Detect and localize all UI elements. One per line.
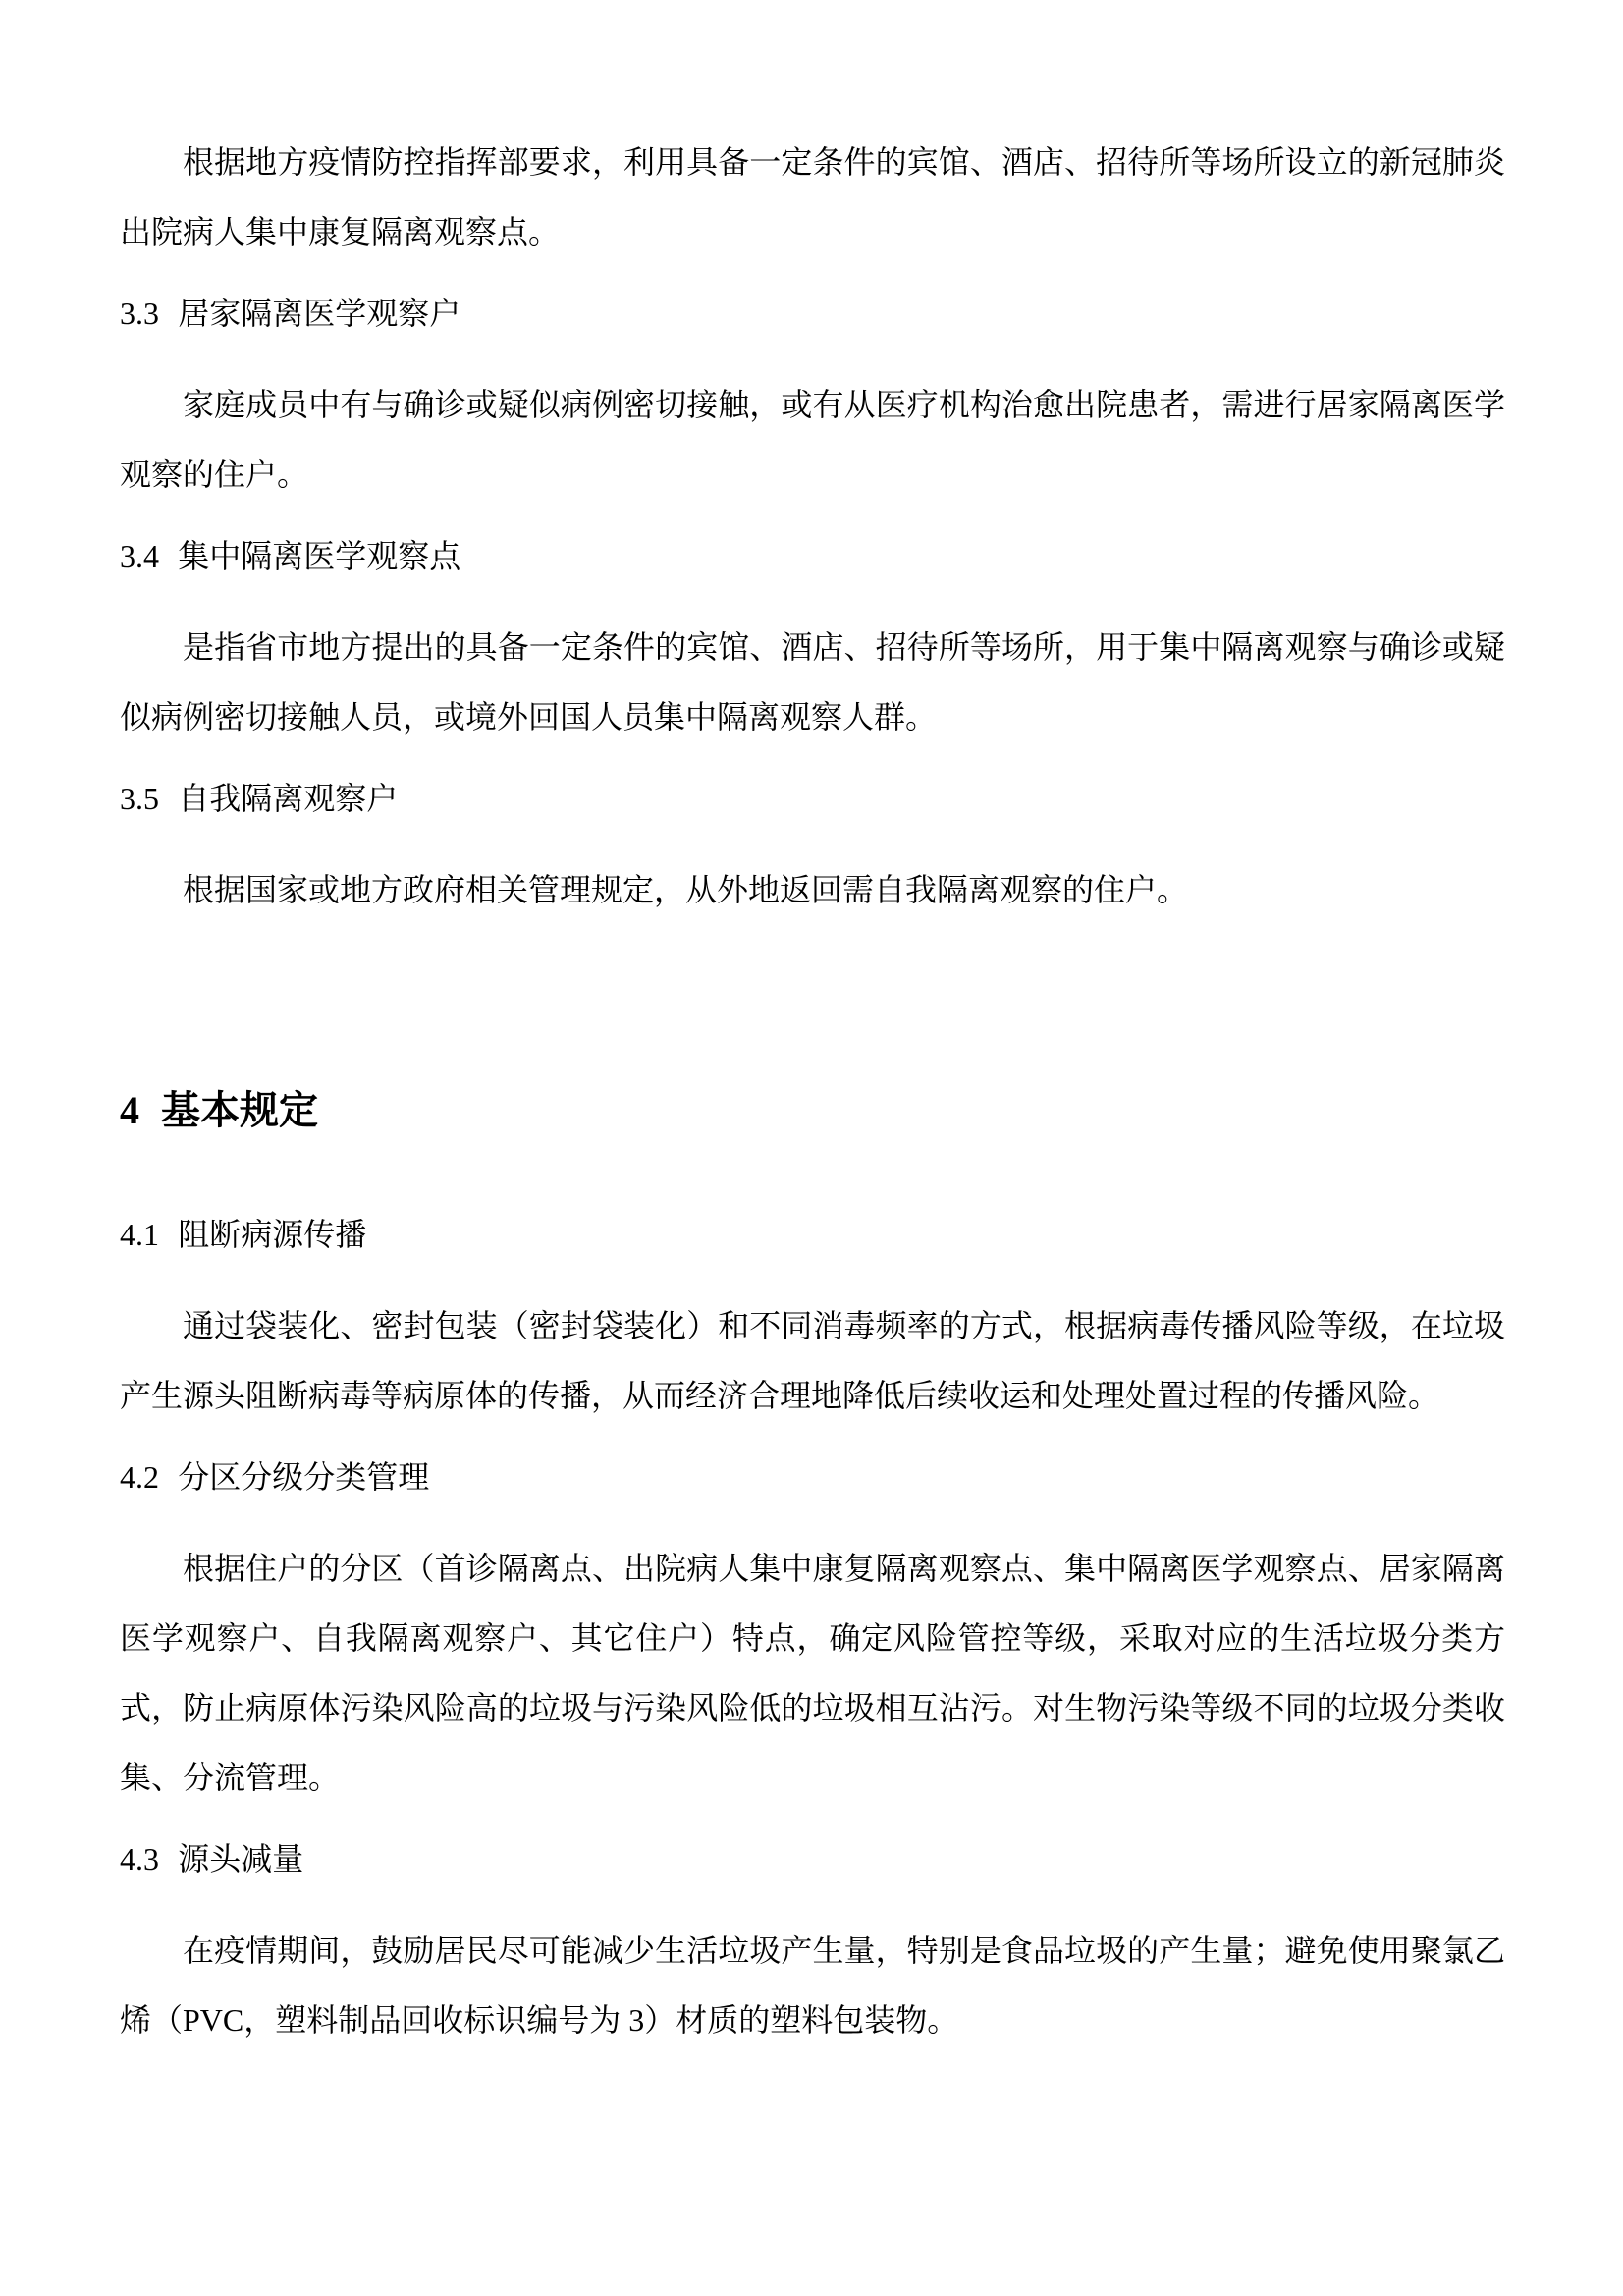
section-heading-4-1: 4.1阻断病源传播: [120, 1200, 1505, 1270]
section-title: 分区分级分类管理: [178, 1459, 429, 1495]
document-page: 根据地方疫情防控指挥部要求，利用具备一定条件的宾馆、酒店、招待所等场所设立的新冠…: [0, 0, 1623, 2296]
chapter-number: 4: [120, 1080, 139, 1141]
chapter-heading-4: 4基本规定: [120, 1080, 1505, 1141]
section-title: 集中隔离医学观察点: [178, 538, 460, 574]
section-3-4-paragraph: 是指省市地方提出的具备一定条件的宾馆、酒店、招待所等场所，用于集中隔离观察与确诊…: [120, 613, 1505, 752]
section-3-5-paragraph: 根据国家或地方政府相关管理规定，从外地返回需自我隔离观察的住户。: [120, 855, 1505, 925]
section-number: 3.5: [120, 764, 159, 834]
section-title: 居家隔离医学观察户: [178, 296, 460, 331]
section-number: 3.4: [120, 521, 159, 591]
section-title: 源头减量: [178, 1841, 303, 1877]
chapter-title: 基本规定: [161, 1088, 318, 1132]
section-title: 自我隔离观察户: [178, 781, 398, 816]
section-number: 4.3: [120, 1825, 159, 1894]
section-3-3-paragraph: 家庭成员中有与确诊或疑似病例密切接触，或有从医疗机构治愈出院患者，需进行居家隔离…: [120, 370, 1505, 510]
section-4-2-paragraph: 根据住户的分区（首诊隔离点、出院病人集中康复隔离观察点、集中隔离医学观察点、居家…: [120, 1534, 1505, 1813]
section-number: 4.2: [120, 1443, 159, 1512]
section-heading-4-3: 4.3源头减量: [120, 1825, 1505, 1894]
section-4-1-paragraph: 通过袋装化、密封包装（密封袋装化）和不同消毒频率的方式，根据病毒传播风险等级，在…: [120, 1291, 1505, 1431]
section-number: 3.3: [120, 279, 159, 349]
intro-paragraph: 根据地方疫情防控指挥部要求，利用具备一定条件的宾馆、酒店、招待所等场所设立的新冠…: [120, 128, 1505, 267]
section-heading-3-3: 3.3居家隔离医学观察户: [120, 279, 1505, 349]
section-4-3-paragraph: 在疫情期间，鼓励居民尽可能减少生活垃圾产生量，特别是食品垃圾的产生量；避免使用聚…: [120, 1916, 1505, 2055]
section-heading-4-2: 4.2分区分级分类管理: [120, 1443, 1505, 1512]
section-number: 4.1: [120, 1200, 159, 1270]
section-heading-3-4: 3.4集中隔离医学观察点: [120, 521, 1505, 591]
section-heading-3-5: 3.5自我隔离观察户: [120, 764, 1505, 834]
section-title: 阻断病源传播: [178, 1217, 366, 1252]
